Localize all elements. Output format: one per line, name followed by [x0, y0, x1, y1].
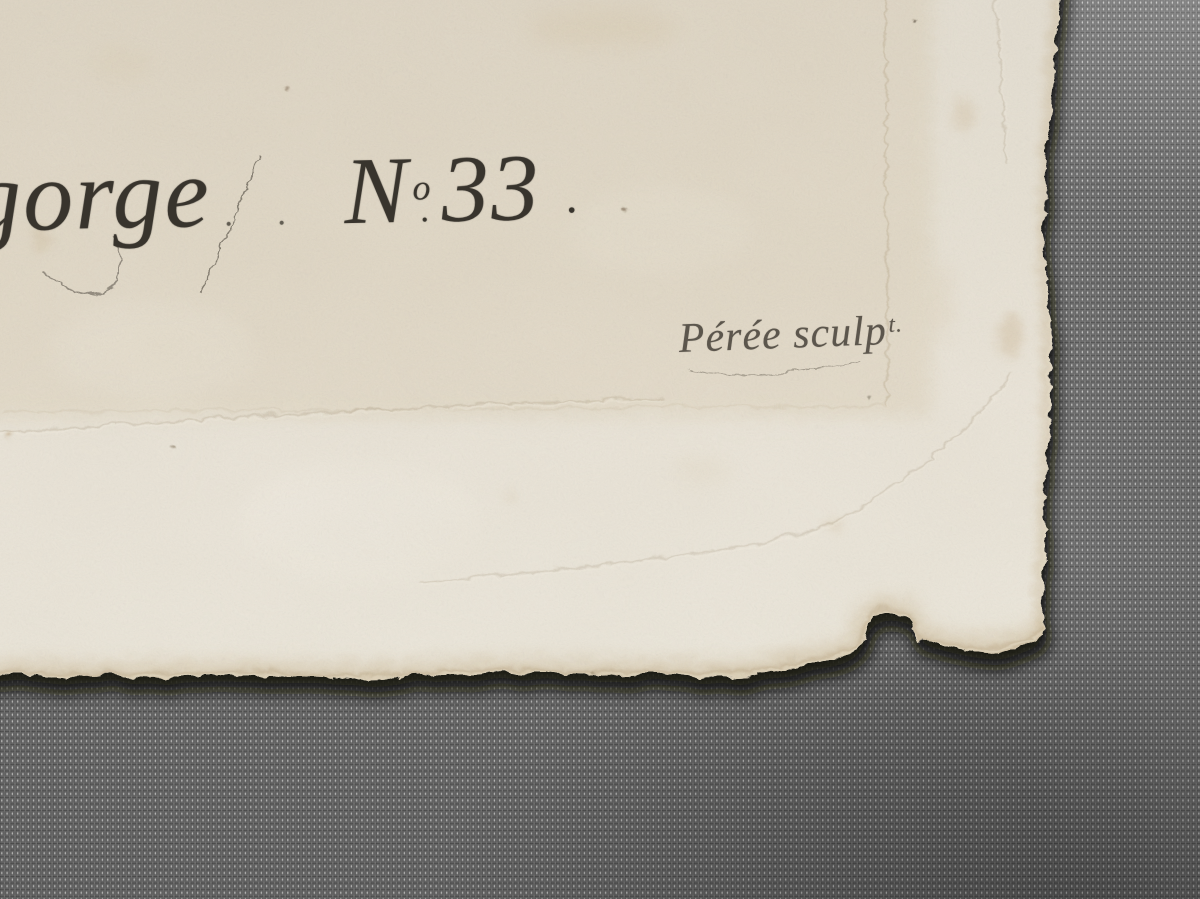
- caption-dots: . .: [225, 195, 305, 234]
- engraver-superscript: t.: [888, 311, 903, 338]
- plate-number-end-mark: .: [566, 172, 581, 224]
- paper-mottle: [0, 0, 1130, 730]
- paper-texture: [0, 0, 1130, 730]
- plate-number: No.33.: [343, 133, 581, 244]
- engraver-credit: Pérée sculpt.: [678, 309, 904, 360]
- photo-scene: gorge. .No.33. Pérée sculpt.: [0, 0, 1200, 899]
- caption-fragment: gorge: [0, 137, 212, 253]
- paper-with-shadow: [0, 0, 1130, 730]
- plate-number-digits: 33: [440, 134, 541, 242]
- plate-number-letter: N: [343, 137, 411, 244]
- paper-sheet: [0, 0, 1200, 899]
- engraver-name: Pérée sculp: [678, 308, 888, 362]
- plate-caption: gorge. .No.33.: [0, 135, 581, 248]
- plate-number-ordinal-mark: .: [420, 189, 432, 229]
